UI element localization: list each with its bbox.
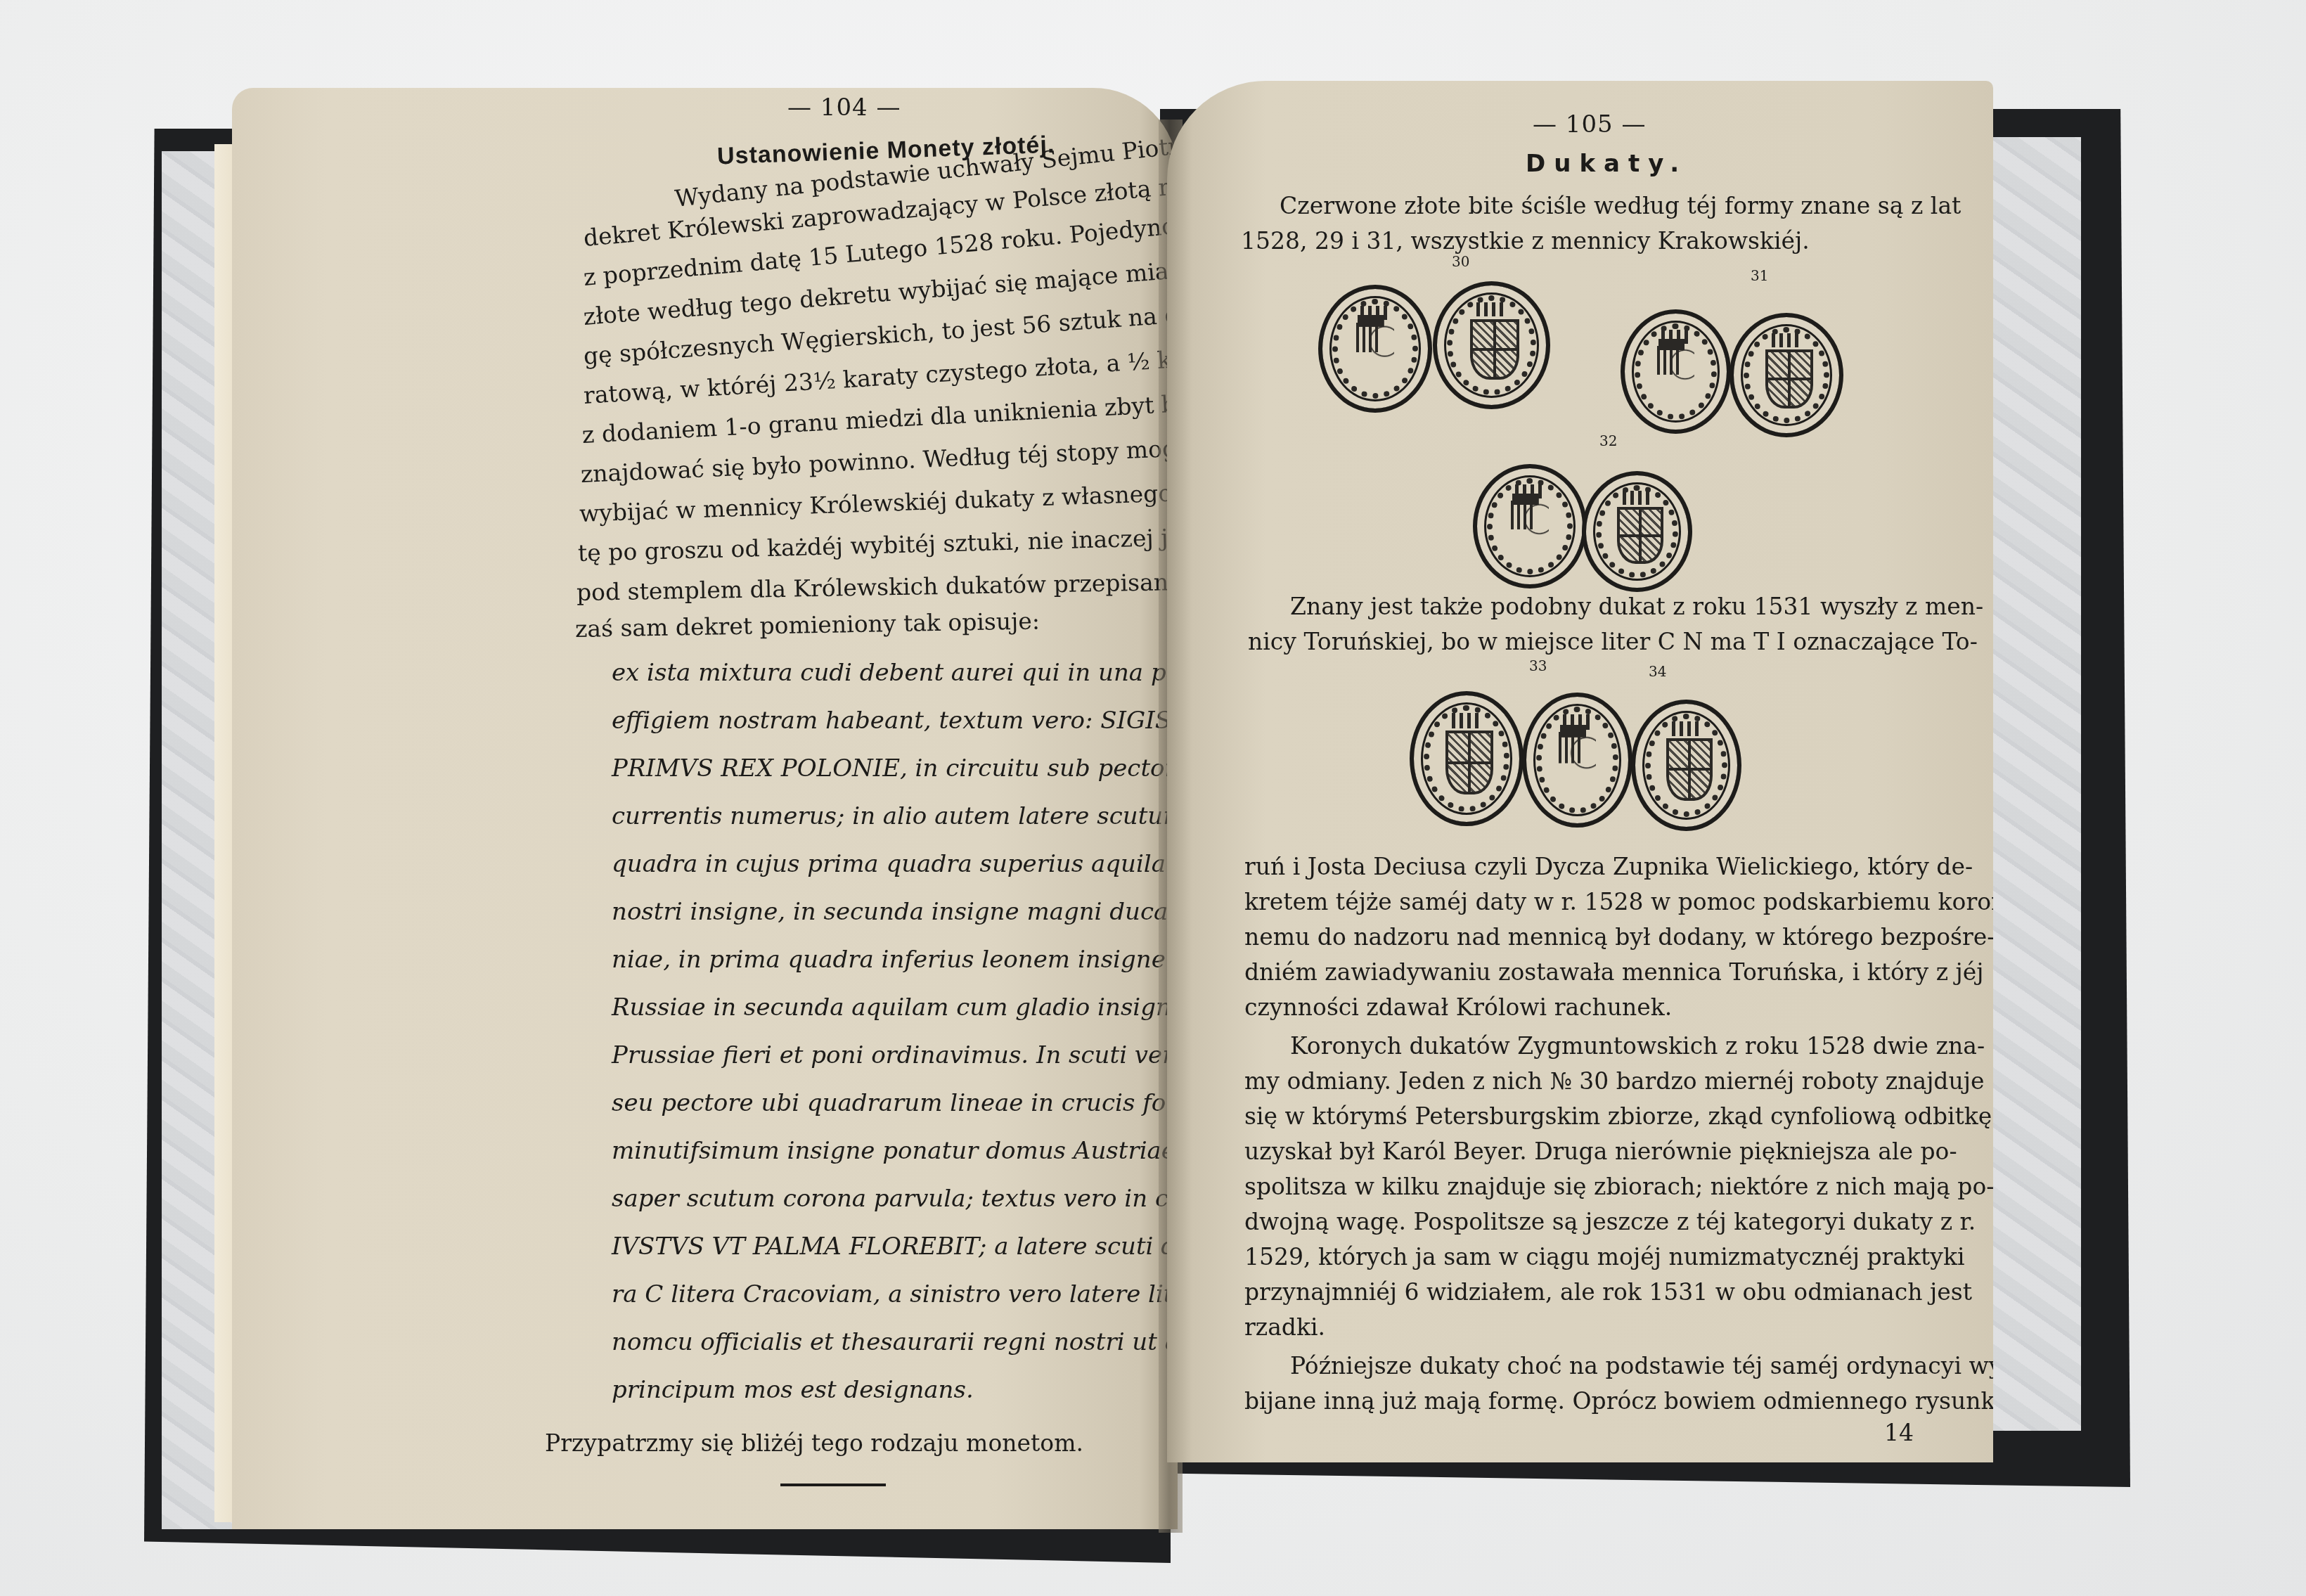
text-line: my odmiany. Jeden z nich № 30 bardzo mie… <box>1244 1062 1985 1101</box>
figure-number: 30 <box>1452 253 1469 270</box>
text-line: Późniejsze dukaty choć na podstawie téj … <box>1290 1346 1993 1386</box>
text-line: 1528, 29 i 31, wszystkie z mennicy Krako… <box>1241 221 1810 261</box>
quote-line: PRIMVS REX POLONIE, in circuitu sub pect… <box>612 746 1178 791</box>
quote-line: Prussiae fieri et poni ordinavimus. In s… <box>612 1033 1178 1078</box>
section-heading: Dukaty. <box>1526 150 1687 178</box>
text-line: kretem téjże saméj daty w r. 1528 w pomo… <box>1244 882 1993 922</box>
text-line: spolitsza w kilku znajduje się zbiorach;… <box>1244 1167 1993 1206</box>
figure-number: 32 <box>1599 432 1617 449</box>
coin-reverse-icon <box>1410 691 1524 826</box>
quote-line: saper scutum corona parvula; textus vero… <box>612 1176 1178 1221</box>
figure-number: 31 <box>1751 267 1768 284</box>
text-line: się w którymś Petersburgskim zbiorze, zk… <box>1244 1097 1992 1136</box>
text-line: zaś sam dekret pomieniony tak opisuje: <box>575 601 1041 649</box>
marbled-endpaper-right <box>1983 137 2081 1431</box>
text-line: uzyskał był Karól Beyer. Druga nierównie… <box>1244 1132 1957 1171</box>
closing-sentence: Przypatrzmy się bliżéj tego rodzaju mone… <box>545 1424 1083 1463</box>
page-104: — 104 — Ustanowienie Monety złotéj. Wyda… <box>232 88 1178 1529</box>
coin-reverse-icon <box>1582 471 1692 592</box>
figure-number: 33 <box>1529 657 1547 674</box>
quote-line: seu pectore ubi quadrarum lineae in cruc… <box>612 1081 1178 1126</box>
text-line: dniém zawiadywaniu zostawała mennica Tor… <box>1244 953 1984 992</box>
text-line: Koronych dukatów Zygmuntowskich z roku 1… <box>1290 1027 1985 1066</box>
quote-line: IVSTVS VT PALMA FLOREBIT; a latere scuti… <box>612 1224 1178 1269</box>
section-end-rule <box>780 1484 886 1486</box>
text-line: czynności zdawał Królowi rachunek. <box>1244 988 1672 1027</box>
text-line: 1529, których ja sam w ciągu mojéj numiz… <box>1244 1237 1964 1277</box>
quote-line: principum mos est designans. <box>612 1367 974 1412</box>
coin-obverse-icon <box>1473 464 1587 588</box>
text-line: bijane inną już mają formę. Oprócz bowie… <box>1244 1382 1993 1421</box>
quote-line: ra C litera Cracoviam, a sinistro vero l… <box>612 1272 1178 1317</box>
text-line: nicy Toruńskiej, bo w miejsce liter C N … <box>1248 622 1978 662</box>
text-line: Czerwone złote bite ściśle według téj fo… <box>1280 186 1961 226</box>
text-line: nemu do nadzoru nad mennicą był dodany, … <box>1244 918 1993 957</box>
text-line: Znany jest także podobny dukat z roku 15… <box>1290 587 1983 626</box>
quote-line: niae, in prima quadra inferius leonem in… <box>612 937 1178 982</box>
text-line: dwojną wagę. Pospolitsze są jeszcze z té… <box>1244 1202 1976 1242</box>
quote-line: effigiem nostram habeant, textum vero: S… <box>612 698 1178 743</box>
coin-obverse-icon <box>1522 693 1632 828</box>
coin-reverse-icon <box>1631 700 1741 831</box>
text-line: ruń i Josta Deciusa czyli Dycza Zupnika … <box>1244 847 1973 887</box>
page-105: — 105 — Dukaty. Czerwone złote bite ściś… <box>1167 81 1993 1462</box>
quote-line: minutifsimum insigne ponatur domus Austr… <box>612 1128 1178 1173</box>
quote-line: quadra in cujus prima quadra superius aq… <box>612 842 1178 887</box>
quote-line: Russiae in secunda aquilam cum gladio in… <box>612 985 1178 1030</box>
coin-reverse-icon <box>1433 281 1550 409</box>
text-line: przynajmniéj 6 widziałem, ale rok 1531 w… <box>1244 1273 1972 1312</box>
quote-line: nomcu officialis et thesaurarii regni no… <box>612 1320 1178 1365</box>
page-number: — 105 — <box>1533 110 1647 139</box>
coin-reverse-icon <box>1729 313 1843 437</box>
page-number: — 104 — <box>787 94 901 122</box>
signature-mark: 14 <box>1884 1413 1914 1453</box>
figure-number: 34 <box>1649 663 1666 680</box>
quote-line: nostri insigne, in secunda insigne magni… <box>612 889 1178 934</box>
text-line: rzadki. <box>1244 1308 1325 1347</box>
coin-obverse-icon <box>1318 285 1432 413</box>
quote-line: currentis numerus; in alio autem latere … <box>612 794 1178 839</box>
quote-line: ex ista mixtura cudi debent aurei qui in… <box>612 650 1178 695</box>
coin-obverse-icon <box>1621 309 1731 434</box>
